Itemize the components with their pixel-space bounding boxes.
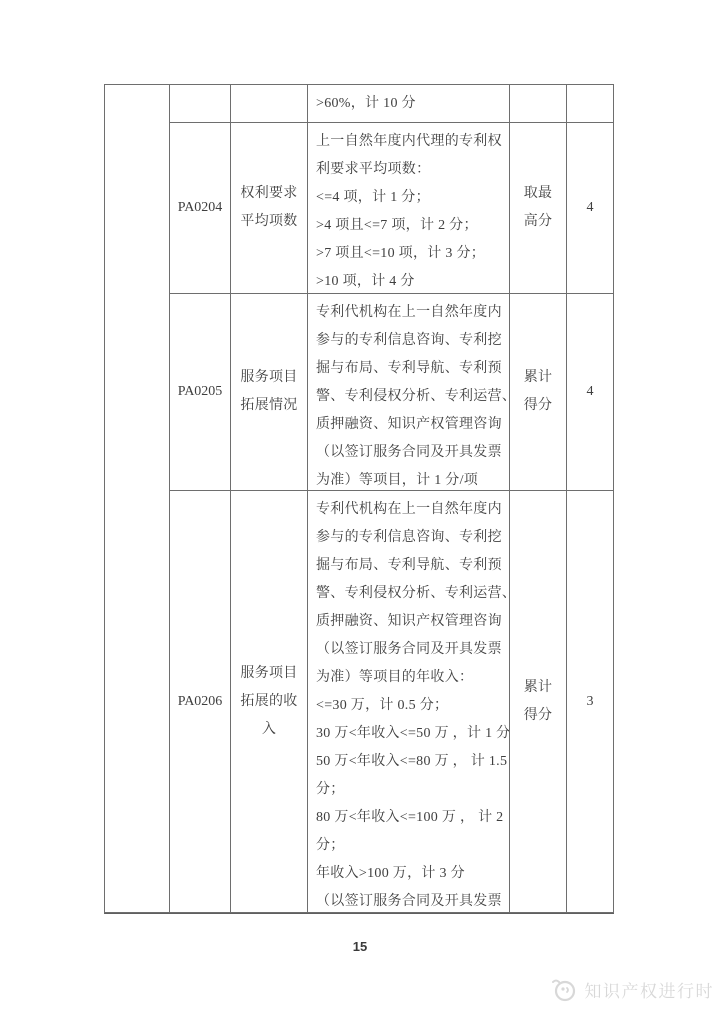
table-text-line: 为准）等项目，计 1 分/项 (316, 467, 507, 491)
table-text-line: 年收入>100 万，计 3 分 (316, 860, 507, 888)
cell-score-pa0205: 4 (567, 294, 614, 491)
table-text-line: <=30 万，计 0.5 分； (316, 692, 507, 720)
cell-score-row1 (567, 85, 614, 123)
watermark: 知识产权进行时 (550, 977, 715, 1002)
table-text-line: 累计 (524, 364, 553, 392)
table-text-line: 得分 (524, 392, 553, 420)
table-text-line: 服务项目 (240, 364, 297, 392)
cell-code-pa0205: PA0205 (170, 294, 231, 491)
table-text-line: （以签订服务合同及开具发票 (316, 439, 507, 467)
cell-name-pa0206: 服务项目拓展的收入 (231, 491, 308, 913)
table-text-line: 参与的专利信息咨询、专利挖 (316, 524, 507, 552)
table-text-line: 得分 (524, 702, 553, 730)
table-text-line: 入 (262, 716, 276, 744)
table-text-line: 质押融资、知识产权管理咨询 (316, 411, 507, 439)
table-text-line: >60%，计 10 分 (316, 90, 507, 118)
document-page: >60%，计 10 分 PA0204 权利要求平均项数 上一自然年度内代理的专利… (0, 0, 720, 1018)
cell-criteria-row1: >60%，计 10 分 (308, 85, 510, 123)
table-text-line: 参与的专利信息咨询、专利挖 (316, 327, 507, 355)
page-number: 15 (0, 939, 720, 954)
table-text-line: >10 项，计 4 分 (316, 268, 507, 294)
table-text-line: 上一自然年度内代理的专利权 (316, 128, 507, 156)
table-text-line: 警、专利侵权分析、专利运营、 (316, 580, 507, 608)
table-text-line: 服务项目 (240, 660, 297, 688)
cell-name-pa0204: 权利要求平均项数 (231, 123, 308, 294)
table-text-line: >4 项且<=7 项，计 2 分； (316, 212, 507, 240)
cell-code-row1 (170, 85, 231, 123)
cell-code-pa0206: PA0206 (170, 491, 231, 913)
table-text-line: 30 万<年收入<=50 万 ，计 1 分； (316, 720, 507, 748)
table-text-line: 平均项数 (240, 208, 297, 236)
cell-criteria-pa0205: 专利代机构在上一自然年度内参与的专利信息咨询、专利挖掘与布局、专利导航、专利预警… (308, 294, 510, 491)
table-text-line: 掘与布局、专利导航、专利预 (316, 355, 507, 383)
cell-method-row1 (510, 85, 567, 123)
table-text-line: 拓展情况 (240, 392, 297, 420)
table-text-line: 50 万<年收入<=80 万 ， 计 1.5 (316, 748, 507, 776)
table-text-line: 权利要求 (240, 180, 297, 208)
table-text-line: 警、专利侵权分析、专利运营、 (316, 383, 507, 411)
table-text-line: 质押融资、知识产权管理咨询 (316, 608, 507, 636)
table-text-line: 掘与布局、专利导航、专利预 (316, 552, 507, 580)
cell-score-pa0206: 3 (567, 491, 614, 913)
patent-agency-scoring-table: >60%，计 10 分 PA0204 权利要求平均项数 上一自然年度内代理的专利… (104, 84, 614, 914)
table-text-line: 利要求平均项数： (316, 156, 507, 184)
table-text-line: 为准）等项目的年收入： (316, 664, 507, 692)
cell-method-pa0204: 取最高分 (510, 123, 567, 294)
table-text-line: 高分 (524, 208, 553, 236)
watermark-label: 知识产权进行时 (585, 977, 715, 1002)
table-text-line: （以签订服务合同及开具发票 (316, 636, 507, 664)
table-text-line: <=4 项，计 1 分； (316, 184, 507, 212)
cell-criteria-pa0206: 专利代机构在上一自然年度内参与的专利信息咨询、专利挖掘与布局、专利导航、专利预警… (308, 491, 510, 913)
merged-left-cell (105, 85, 170, 913)
cell-name-pa0205: 服务项目拓展情况 (231, 294, 308, 491)
table-text-line: （以签订服务合同及开具发票 (316, 888, 507, 913)
cell-method-pa0205: 累计得分 (510, 294, 567, 491)
smiley-face-logo-icon (550, 978, 578, 1002)
table-text-line: >7 项且<=10 项，计 3 分； (316, 240, 507, 268)
table-text-line: 拓展的收 (240, 688, 297, 716)
cell-code-pa0204: PA0204 (170, 123, 231, 294)
table-text-line: 专利代机构在上一自然年度内 (316, 299, 507, 327)
cell-score-pa0204: 4 (567, 123, 614, 294)
table-text-line: 分； (316, 776, 507, 804)
table-text-line: 80 万<年收入<=100 万 ， 计 2 (316, 804, 507, 832)
table-text-line: 分； (316, 832, 507, 860)
cell-method-pa0206: 累计得分 (510, 491, 567, 913)
table-text-line: 取最 (524, 180, 553, 208)
cell-criteria-pa0204: 上一自然年度内代理的专利权利要求平均项数：<=4 项，计 1 分；>4 项且<=… (308, 123, 510, 294)
table-text-line: 累计 (524, 674, 553, 702)
cell-name-row1 (231, 85, 308, 123)
table-text-line: 专利代机构在上一自然年度内 (316, 496, 507, 524)
